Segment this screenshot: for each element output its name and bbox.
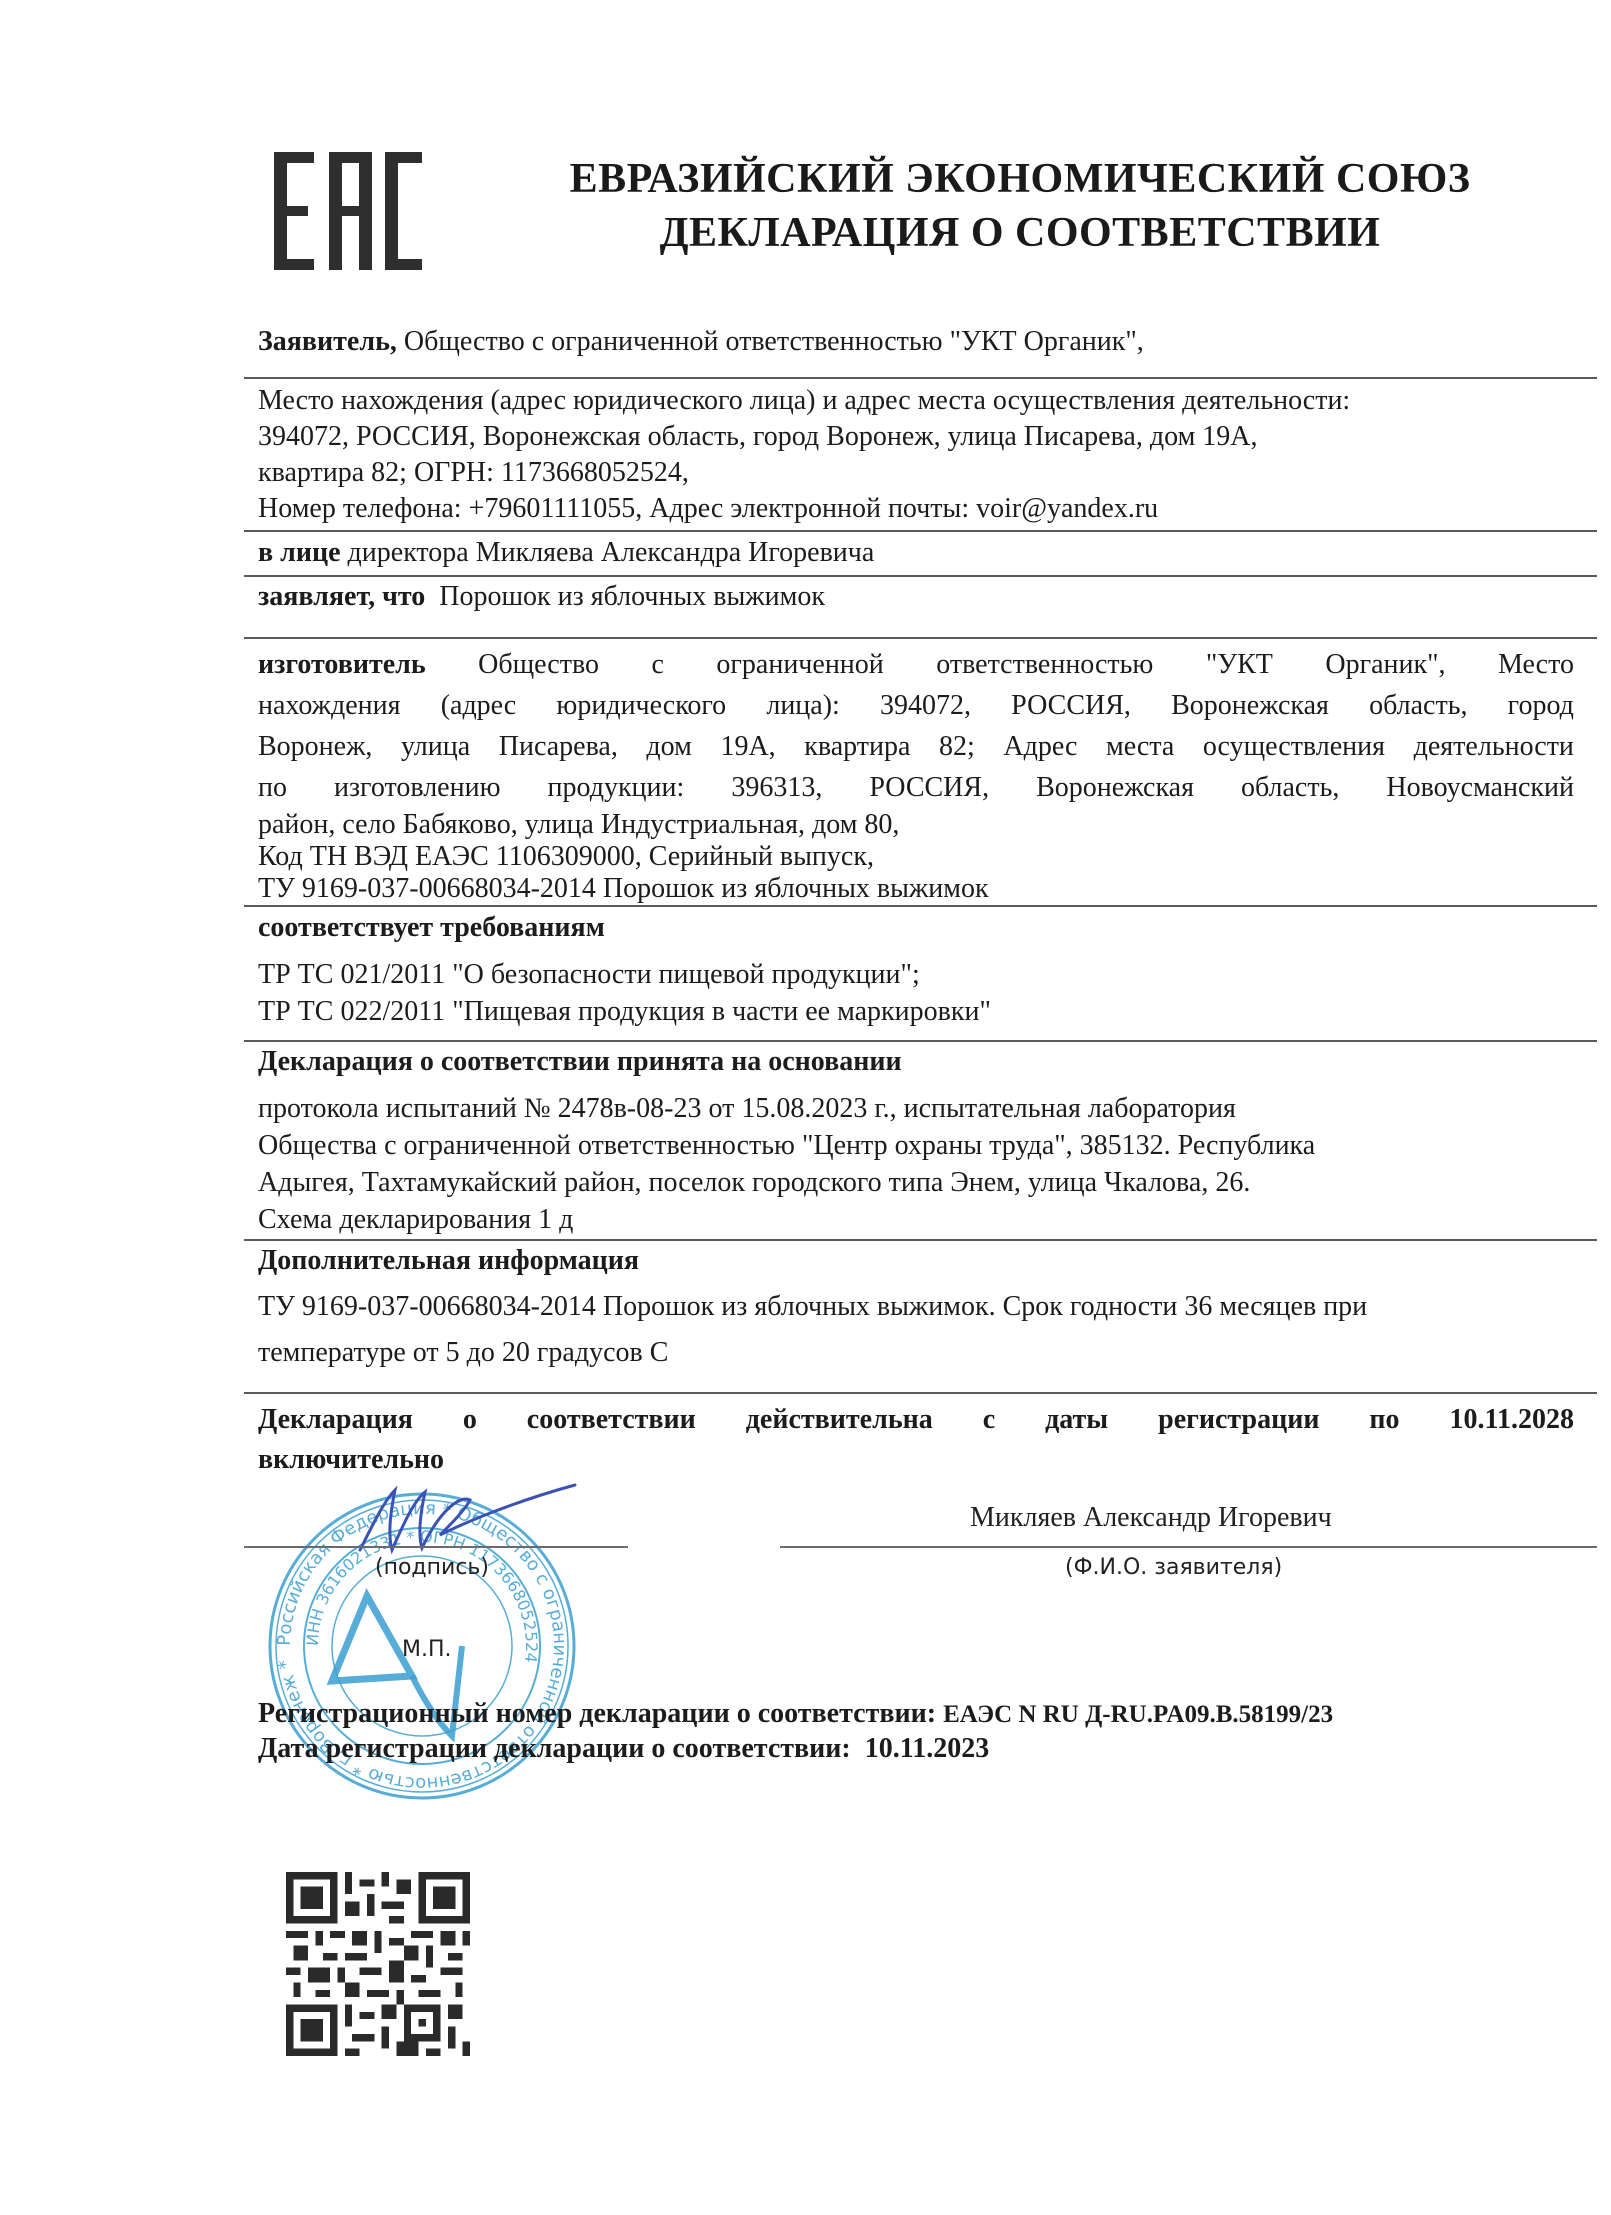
title-union: ЕВРАЗИЙСКИЙ ЭКОНОМИЧЕСКИЙ СОЮЗ: [540, 152, 1500, 206]
basis-line: протокола испытаний № 2478в-08-23 от 15.…: [258, 1092, 1236, 1126]
word: дом: [646, 727, 691, 767]
requirements-label: соответствует требованиям: [258, 911, 605, 945]
address-line: Место нахождения (адрес юридического лиц…: [258, 384, 1350, 418]
represented-by-label: в лице: [258, 537, 341, 568]
basis-line: Адыгея, Тахтамукайский район, поселок го…: [258, 1166, 1250, 1200]
basis-line: Общества с ограниченной ответственностью…: [258, 1129, 1315, 1163]
requirement-item: ТР ТС 022/2011 "Пищевая продукция в част…: [258, 995, 991, 1029]
signature-line: [244, 1546, 628, 1548]
word: места: [1106, 727, 1174, 767]
divider: [244, 905, 1597, 907]
declares-row: заявляет, что Порошок из яблочных выжимо…: [258, 580, 825, 614]
word: 82;: [939, 727, 975, 767]
validity-line: Декларацияосоответствиидействительнасдат…: [258, 1400, 1574, 1440]
divider: [244, 377, 1597, 379]
address-line: квартира 82; ОГРН: 1173668052524,: [258, 456, 689, 490]
manufacturer-line: изготовительОбществосограниченнойответст…: [258, 645, 1574, 685]
word: "УКТ: [1206, 645, 1273, 685]
divider: [244, 637, 1597, 639]
word: по: [1369, 1400, 1399, 1440]
applicant-value: Общество с ограниченной ответственностью…: [404, 326, 1144, 357]
represented-by-value: директора Микляева Александра Игоревича: [348, 537, 875, 568]
declares-label: заявляет, что: [258, 581, 425, 612]
additional-line: ТУ 9169-037-00668034-2014 Порошок из ябл…: [258, 1290, 1367, 1324]
word: Воронежская: [1171, 686, 1329, 726]
document-title: ЕВРАЗИЙСКИЙ ЭКОНОМИЧЕСКИЙ СОЮЗ ДЕКЛАРАЦИ…: [540, 152, 1500, 260]
word: даты: [1045, 1400, 1108, 1440]
basis-label: Декларация о соответствии принята на осн…: [258, 1045, 902, 1079]
word: продукции:: [548, 768, 685, 808]
word: нахождения: [258, 686, 401, 726]
word: 10.11.2028: [1450, 1400, 1574, 1440]
requirement-item: ТР ТС 021/2011 "О безопасности пищевой п…: [258, 958, 920, 992]
word: с: [983, 1400, 995, 1440]
manufacturer-line: Воронеж,улицаПисарева,дом19А,квартира82;…: [258, 727, 1574, 767]
word: ответственностью: [936, 645, 1153, 685]
word: Писарева,: [499, 727, 618, 767]
word: Адрес: [1003, 727, 1077, 767]
represented-by-row: в лице директора Микляева Александра Иго…: [258, 536, 874, 570]
word: лица):: [766, 686, 839, 726]
applicant-row: Заявитель, Общество с ограниченной ответ…: [258, 325, 1144, 359]
word: регистрации: [1158, 1400, 1319, 1440]
word: область,: [1241, 768, 1339, 808]
word: ограниченной: [716, 645, 883, 685]
spec-line: ТУ 9169-037-00668034-2014 Порошок из ябл…: [258, 872, 989, 906]
name-line: [780, 1546, 1597, 1548]
word: деятельности: [1414, 727, 1574, 767]
qr-code-icon[interactable]: [286, 1872, 470, 2056]
word: (адрес: [441, 686, 517, 726]
additional-line: температуре от 5 до 20 градусов С: [258, 1336, 668, 1370]
word: 19А,: [720, 727, 775, 767]
name-caption: (Ф.И.О. заявителя): [1065, 1555, 1282, 1580]
requirements-heading: соответствует требованиям: [258, 912, 605, 943]
signature-icon: [350, 1480, 580, 1560]
word: действительна: [746, 1400, 933, 1440]
divider: [244, 575, 1597, 577]
registration-date-row: Дата регистрации декларации о соответств…: [258, 1732, 989, 1766]
validity-line: включительно: [258, 1443, 444, 1477]
word: Воронеж,: [258, 727, 372, 767]
registration-date-label: Дата регистрации декларации о соответств…: [258, 1733, 851, 1764]
registration-date-value: 10.11.2023: [865, 1733, 989, 1764]
word: 396313,: [731, 768, 822, 808]
word: соответствии: [527, 1400, 696, 1440]
additional-label: Дополнительная информация: [258, 1244, 639, 1278]
contact-line: Номер телефона: +79601111055, Адрес элек…: [258, 492, 1158, 526]
word: город: [1508, 686, 1574, 726]
hs-code-line: Код ТН ВЭД ЕАЭС 1106309000, Серийный вып…: [258, 840, 874, 874]
word: юридического: [556, 686, 726, 726]
word: РОССИЯ,: [869, 768, 989, 808]
manufacturer-line: поизготовлениюпродукции:396313,РОССИЯ,Во…: [258, 768, 1574, 808]
word: Новоусманский: [1386, 768, 1574, 808]
word: Органик",: [1325, 645, 1445, 685]
registration-number-label: Регистрационный номер декларации о соотв…: [258, 1698, 936, 1729]
registration-number-value: ЕАЭС N RU Д-RU.PA09.B.58199/23: [943, 1701, 1333, 1728]
word: РОССИЯ,: [1011, 686, 1131, 726]
word: Общество: [478, 645, 599, 685]
signature-caption: (подпись): [375, 1555, 489, 1580]
divider: [244, 530, 1597, 532]
eac-logo-icon: [272, 152, 422, 270]
word: 394072,: [880, 686, 971, 726]
applicant-label: Заявитель,: [258, 326, 397, 357]
divider: [244, 1392, 1597, 1394]
manufacturer-line: нахождения(адресюридическоголица):394072…: [258, 686, 1574, 726]
word: квартира: [804, 727, 910, 767]
scheme-line: Схема декларирования 1 д: [258, 1203, 573, 1237]
word: Место: [1498, 645, 1574, 685]
registration-number-row: Регистрационный номер декларации о соотв…: [258, 1697, 1333, 1732]
word: изготовлению: [334, 768, 500, 808]
divider: [244, 1239, 1597, 1241]
basis-heading: Декларация о соответствии принята на осн…: [258, 1046, 902, 1077]
word: с: [652, 645, 664, 685]
divider: [244, 1040, 1597, 1042]
word: осуществления: [1203, 727, 1385, 767]
title-declaration: ДЕКЛАРАЦИЯ О СООТВЕТСТВИИ: [540, 206, 1500, 260]
additional-heading: Дополнительная информация: [258, 1245, 639, 1276]
word: улица: [401, 727, 470, 767]
product-name: Порошок из яблочных выжимок: [439, 581, 825, 612]
seal-caption: М.П.: [402, 1637, 452, 1662]
word: по: [258, 768, 287, 808]
manufacturer-line: район, село Бабяково, улица Индустриальн…: [258, 808, 899, 842]
address-line: 394072, РОССИЯ, Воронежская область, гор…: [258, 420, 1258, 454]
word: область,: [1369, 686, 1467, 726]
word: Декларация: [258, 1400, 413, 1440]
applicant-full-name: Микляев Александр Игоревич: [970, 1502, 1332, 1534]
word: изготовитель: [258, 645, 426, 685]
word: Воронежская: [1036, 768, 1194, 808]
word: о: [463, 1400, 477, 1440]
